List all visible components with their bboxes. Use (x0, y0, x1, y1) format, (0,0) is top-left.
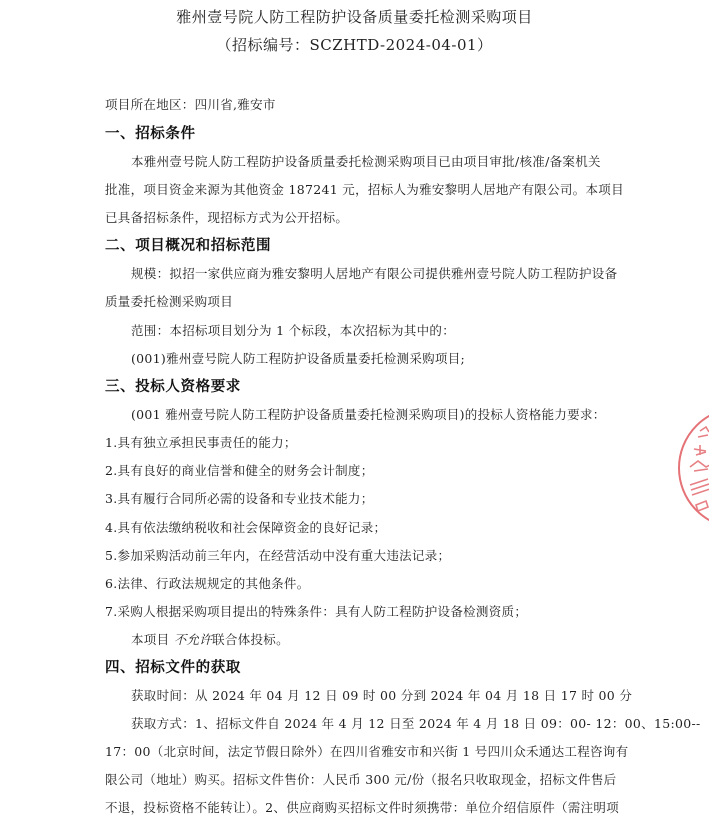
section-heading-document-acquisition: 四、招标文件的获取 (105, 659, 241, 677)
document-page: 雅州壹号院人防工程防护设备质量委托检测采购项目 （招标编号：SCZHTD-202… (0, 0, 709, 826)
paragraph-line: (001 雅州壹号院人防工程防护设备质量委托检测采购项目)的投标人资格能力要求： (131, 407, 631, 423)
consortium-note: 本项目 不允许联合体投标。 (131, 632, 631, 648)
document-title: 雅州壹号院人防工程防护设备质量委托检测采购项目 (0, 6, 709, 27)
paragraph-line: 不退，投标资格不能转让）。2、供应商购买招标文件时须携带：单位介绍信原件（需注明… (105, 800, 605, 816)
paragraph-line: 批准，项目资金来源为其他资金 187241 元，招标人为雅安黎明人居地产有限公司… (105, 182, 605, 198)
requirement-item: 5.参加采购活动前三年内，在经营活动中没有重大违法记录； (105, 548, 605, 564)
acquisition-method: 获取方式：1、招标文件自 2024 年 4 月 12 日至 2024 年 4 月… (131, 716, 631, 732)
paragraph-line: 质量委托检测采购项目 (105, 294, 605, 310)
paragraph-line: (001)雅州壹号院人防工程防护设备质量委托检测采购项目; (131, 351, 631, 367)
paragraph-line: 规模：拟招一家供应商为雅安黎明人居地产有限公司提供雅州壹号院人防工程防护设备 (131, 266, 631, 282)
paragraph-line: 本雅州壹号院人防工程防护设备质量委托检测采购项目已由项目审批/核准/备案机关 (131, 154, 631, 170)
section-heading-project-overview: 二、项目概况和招标范围 (105, 237, 271, 255)
consortium-prefix: 本项目 (131, 632, 174, 647)
red-seal-stamp (678, 407, 709, 529)
requirement-item: 3.具有履行合同所必需的设备和专业技术能力； (105, 491, 605, 507)
paragraph-line: 限公司（地址）购买。招标文件售价：人民币 300 元/份（报名只收取现金，招标文… (105, 772, 605, 788)
paragraph-line: 范围：本招标项目划分为 1 个标段，本次招标为其中的： (131, 323, 631, 339)
requirement-item: 1.具有独立承担民事责任的能力； (105, 435, 605, 451)
consortium-not-allowed: 不允许 (174, 632, 212, 647)
requirement-item: 4.具有依法缴纳税收和社会保障资金的良好记录； (105, 520, 605, 536)
acquisition-time: 获取时间：从 2024 年 04 月 12 日 09 时 00 分到 2024 … (131, 688, 631, 704)
project-region: 项目所在地区：四川省,雅安市 (105, 97, 605, 113)
section-heading-bidding-conditions: 一、招标条件 (105, 125, 196, 143)
requirement-item: 6.法律、行政法规规定的其他条件。 (105, 576, 605, 592)
requirement-item: 2.具有良好的商业信誉和健全的财务会计制度； (105, 463, 605, 479)
stamp-glyphs-icon (680, 409, 709, 531)
paragraph-line: 17：00（北京时间，法定节假日除外）在四川省雅安市和兴街 1 号四川众禾通达工… (105, 744, 605, 760)
paragraph-line: 已具备招标条件，现招标方式为公开招标。 (105, 210, 605, 226)
section-heading-bidder-qualifications: 三、投标人资格要求 (105, 378, 241, 396)
consortium-suffix: 联合体投标。 (212, 632, 289, 647)
document-subtitle: （招标编号：SCZHTD-2024-04-01） (0, 34, 709, 55)
requirement-item: 7.采购人根据采购项目提出的特殊条件：具有人防工程防护设备检测资质； (105, 604, 605, 620)
